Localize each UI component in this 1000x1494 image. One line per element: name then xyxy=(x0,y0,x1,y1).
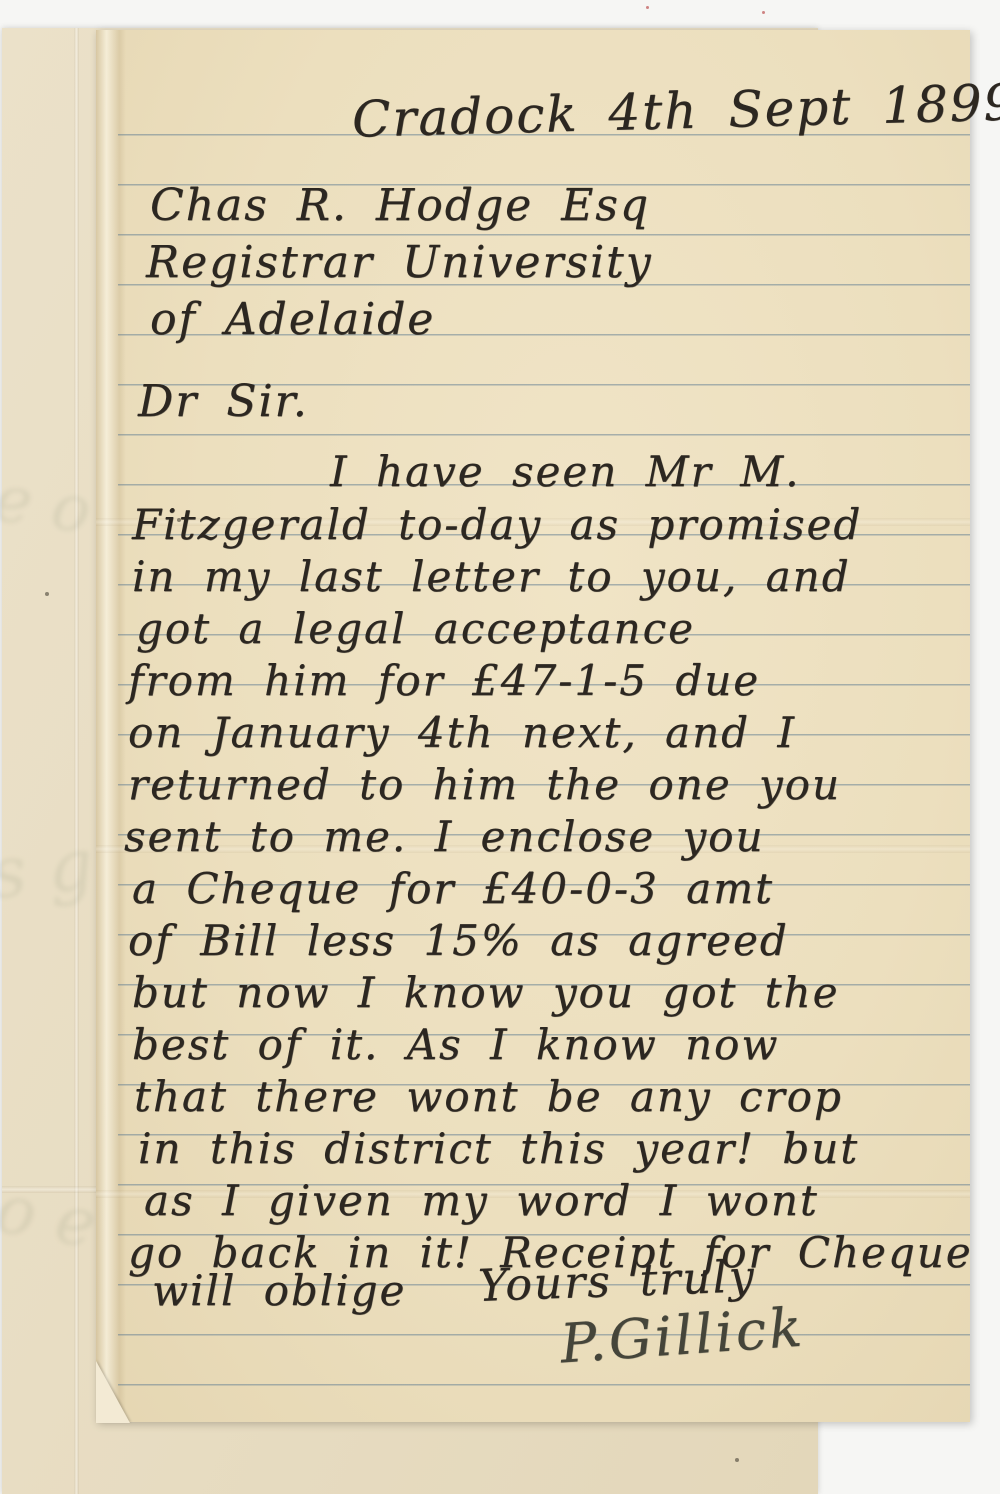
ink-speck xyxy=(735,1458,739,1462)
body-line: will oblige xyxy=(152,1266,406,1315)
body-line: Fitzgerald to-day as promised xyxy=(132,500,862,549)
body-line: as I given my word I wont xyxy=(144,1176,819,1225)
recipient-line: of Adelaide xyxy=(150,294,435,345)
ink-speck xyxy=(45,592,49,596)
body-line: but now I know you got the xyxy=(132,968,839,1017)
handwriting-layer: Cradock 4th Sept 1899 Chas R. Hodge Esq … xyxy=(0,0,1000,1494)
body-line: I have seen Mr M. xyxy=(330,447,800,496)
salutation: Dr Sir. xyxy=(138,376,309,427)
body-line: of Bill less 15% as agreed xyxy=(128,916,789,965)
scan-speck xyxy=(762,11,765,14)
body-line: in my last letter to you, and xyxy=(132,552,851,601)
body-line: a Cheque for £40-0-3 amt xyxy=(132,864,774,913)
body-line: got a legal acceptance xyxy=(136,604,695,653)
scan-speck xyxy=(646,6,649,9)
body-line: sent to me. I enclose you xyxy=(124,812,765,861)
body-line: best of it. As I know now xyxy=(132,1020,779,1069)
body-line: in this district this year! but xyxy=(138,1124,859,1173)
body-line: returned to him the one you xyxy=(128,760,841,809)
recipient-line: Registrar University xyxy=(146,237,653,288)
body-line: that there wont be any crop xyxy=(134,1072,843,1121)
body-line: from him for £47-1-5 due xyxy=(128,656,760,705)
dateline: Cradock 4th Sept 1899 xyxy=(351,73,1000,148)
scanned-letter: e o s g o e Cradock 4th Sept 1899 Chas R… xyxy=(0,0,1000,1494)
ink-speck xyxy=(177,518,181,522)
body-line: on January 4th next, and I xyxy=(128,708,796,757)
recipient-line: Chas R. Hodge Esq xyxy=(150,180,650,231)
